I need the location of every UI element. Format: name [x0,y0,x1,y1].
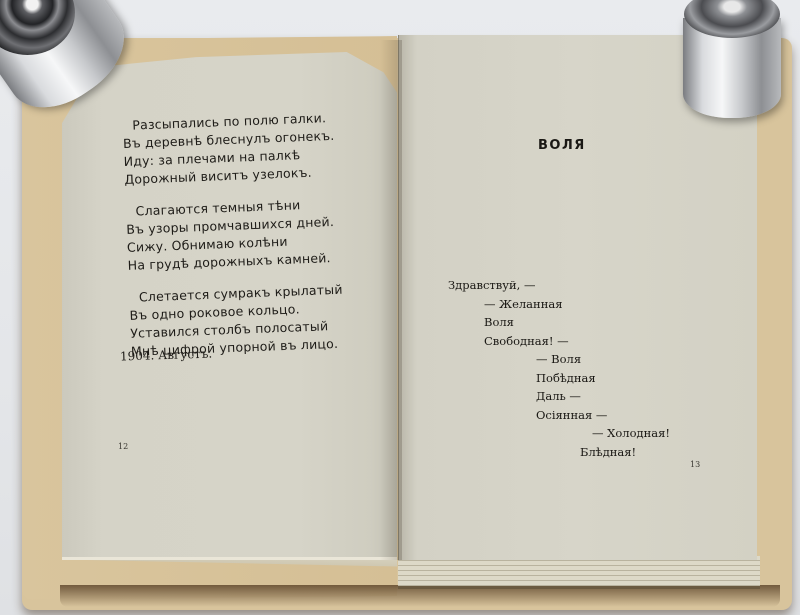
poem-line: Блѣдная! [448,443,708,462]
poem-line: — Желанная [448,295,708,314]
poem-line: Осіянная — [448,406,708,425]
page-number-right: 13 [690,460,700,469]
poem-line: Свободная! — [448,332,708,351]
stanza-1: Разсыпались по полю галки. Въ деревнѣ бл… [122,107,385,189]
stanza-2: Слагаются темныя тѣни Въ узоры промчавши… [125,193,388,275]
poem-line: Побѣдная [448,369,708,388]
right-poem: Здравствуй, — — Желанная Воля Свободная!… [448,276,708,461]
page-number-left: 12 [118,442,128,451]
poem-line: — Холодная! [448,424,708,443]
poem-line: Даль — [448,387,708,406]
poem-date: 1904. Августъ. [120,347,213,364]
poem-title: ВОЛЯ [538,138,586,153]
poem-line: — Воля [448,350,708,369]
left-poem: Разсыпались по полю галки. Въ деревнѣ бл… [122,107,392,375]
poem-line: Воля [448,313,708,332]
poem-line: Здравствуй, — [448,276,708,295]
right-page-stack-edge [398,556,760,589]
